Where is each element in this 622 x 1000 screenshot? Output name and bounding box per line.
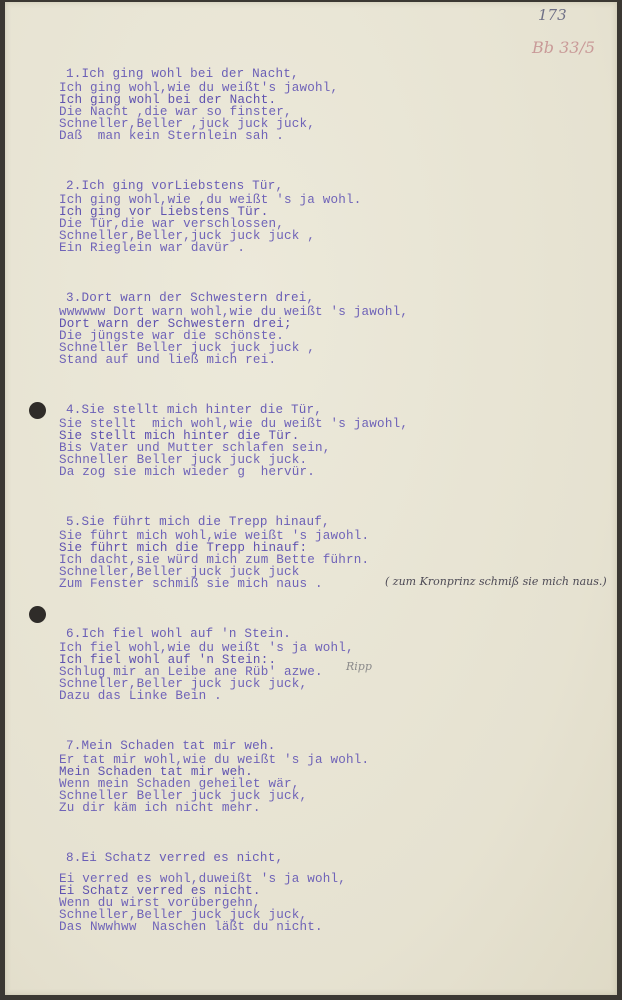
verse-line: Da zog sie mich wieder g hervür. <box>59 466 408 478</box>
stanza-heading: 5.Sie führt mich die Trepp hinauf, <box>66 516 369 528</box>
folio-number: 173 <box>538 6 567 24</box>
stanza-heading: 4.Sie stellt mich hinter die Tür, <box>66 404 408 416</box>
document-page: 173 Bb 33/5 ( zum Kronprinz schmiß sie m… <box>5 2 617 995</box>
stanza-4: 4.Sie stellt mich hinter die Tür,Sie ste… <box>59 404 408 478</box>
verse-line: Dazu das Linke Bein . <box>59 690 354 702</box>
stanza-1: 1.Ich ging wohl bei der Nacht,Ich ging w… <box>59 68 338 142</box>
verse-line: Stand auf und ließ mich rei. <box>59 354 408 366</box>
punch-hole <box>29 606 46 623</box>
stanza-3: 3.Dort warn der Schwestern drei,wwwwww D… <box>59 292 408 366</box>
stanza-7: 7.Mein Schaden tat mir weh.Er tat mir wo… <box>59 740 369 814</box>
stanza-5: 5.Sie führt mich die Trepp hinauf,Sie fü… <box>59 516 369 590</box>
archive-signature: Bb 33/5 <box>532 38 595 57</box>
verse-line: Zu dir käm ich nicht mehr. <box>59 802 369 814</box>
stanza-heading: 6.Ich fiel wohl auf 'n Stein. <box>66 628 354 640</box>
verse-line: Daß man kein Sternlein sah . <box>59 130 338 142</box>
margin-note: ( zum Kronprinz schmiß sie mich naus.) <box>385 575 607 588</box>
stanza-6: 6.Ich fiel wohl auf 'n Stein.Ich fiel wo… <box>59 628 354 702</box>
stanza-8: 8.Ei Schatz verred es nicht,Ei verred es… <box>59 852 346 933</box>
verse-line: Zum Fenster schmiß sie mich naus . <box>59 578 369 590</box>
stanza-heading: 2.Ich ging vorLiebstens Tür, <box>66 180 362 192</box>
stanza-2: 2.Ich ging vorLiebstens Tür,Ich ging woh… <box>59 180 362 254</box>
verse-line: Das Nwwhww Naschen läßt du nicht. <box>59 921 346 933</box>
stanza-heading: 8.Ei Schatz verred es nicht, <box>66 852 346 864</box>
punch-hole <box>29 402 46 419</box>
stanza-heading: 3.Dort warn der Schwestern drei, <box>66 292 408 304</box>
verse-line: Ein Rieglein war davür . <box>59 242 362 254</box>
stanza-heading: 7.Mein Schaden tat mir weh. <box>66 740 369 752</box>
stanza-heading: 1.Ich ging wohl bei der Nacht, <box>66 68 338 80</box>
